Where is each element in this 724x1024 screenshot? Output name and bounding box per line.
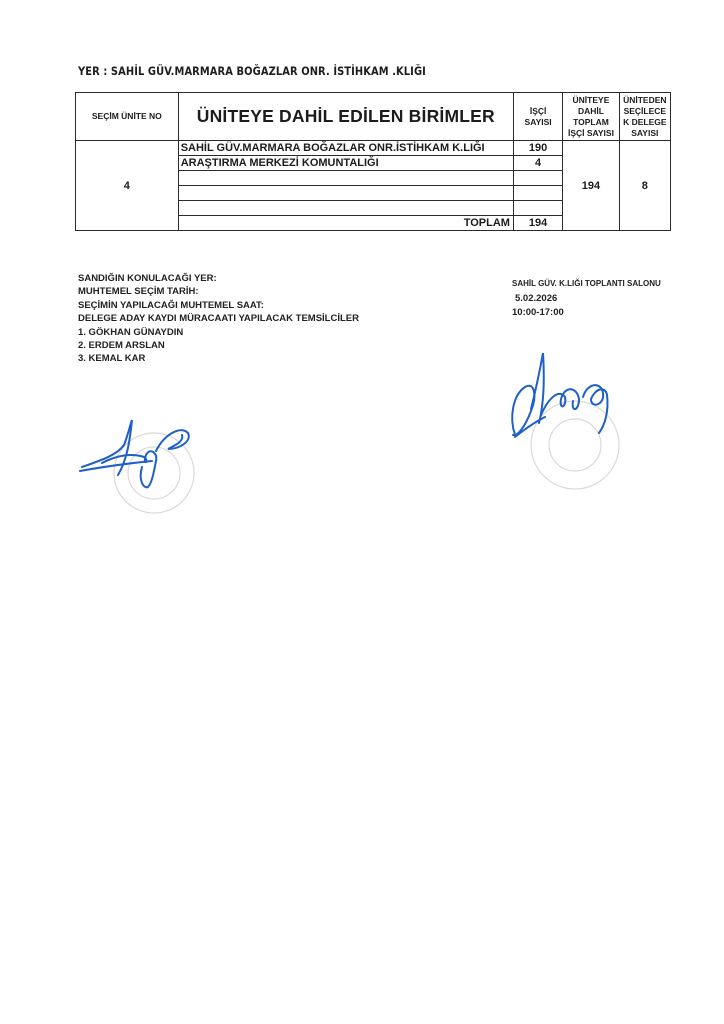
signature-stamp-left — [72, 405, 212, 525]
header-units: ÜNİTEYE DAHİL EDİLEN BİRİMLER — [178, 93, 513, 141]
signature-icon — [80, 420, 189, 487]
signature-stamp-right — [495, 345, 655, 495]
representatives-label: DELEGE ADAY KAYDI MÜRACAATI YAPILACAK TE… — [78, 312, 359, 325]
total-label: TOPLAM — [178, 216, 513, 231]
unit-total-workers: 194 — [563, 141, 619, 231]
election-time-label: SEÇİMİN YAPILACAĞI MUHTEMEL SAAT: — [78, 299, 359, 312]
total-value: 194 — [513, 216, 562, 231]
header-line: SAYISI — [514, 117, 562, 128]
representative-2: 2. ERDEM ARSLAN — [78, 339, 359, 352]
representative-1: 1. GÖKHAN GÜNAYDIN — [78, 326, 359, 339]
header-line: ÜNİTEDEN — [620, 95, 670, 106]
unit-count — [513, 201, 562, 216]
unit-name — [178, 171, 513, 186]
delegate-count: 8 — [619, 141, 670, 231]
header-total-workers: ÜNİTEYE DAHİL TOPLAM İŞÇİ SAYISI — [563, 93, 619, 141]
unit-count: 4 — [513, 156, 562, 171]
header-delegates: ÜNİTEDEN SEÇİLECE K DELEGE SAYISI — [619, 93, 670, 141]
election-time-value: 10:00-17:00 — [512, 307, 661, 321]
election-info-values: SAHİL GÜV. K.LIĞI TOPLANTI SALONU 5.02.2… — [512, 279, 661, 321]
unit-name: ARAŞTIRMA MERKEZİ KOMUNTALIĞI — [178, 156, 513, 171]
table-header-row: SEÇİM ÜNİTE NO ÜNİTEYE DAHİL EDİLEN BİRİ… — [76, 93, 671, 141]
header-line: DAHİL — [563, 106, 618, 117]
table-row: 4 SAHİL GÜV.MARMARA BOĞAZLAR ONR.İSTİHKA… — [76, 141, 671, 156]
unit-name — [178, 186, 513, 201]
location-header: YER : SAHİL GÜV.MARMARA BOĞAZLAR ONR. İS… — [78, 64, 426, 78]
ballot-place-value: SAHİL GÜV. K.LIĞI TOPLANTI SALONU — [512, 279, 661, 293]
representative-3: 3. KEMAL KAR — [78, 352, 359, 365]
header-line: SAYISI — [620, 128, 670, 139]
header-unit-no: SEÇİM ÜNİTE NO — [76, 93, 179, 141]
unit-name: SAHİL GÜV.MARMARA BOĞAZLAR ONR.İSTİHKAM … — [178, 141, 513, 156]
header-line: K DELEGE — [620, 117, 670, 128]
election-date-value: 5.02.2026 — [512, 293, 661, 307]
header-line: TOPLAM — [563, 117, 618, 128]
unit-count — [513, 171, 562, 186]
unit-number: 4 — [76, 141, 179, 231]
unit-count — [513, 186, 562, 201]
header-line: ÜNİTEYE — [563, 95, 618, 106]
header-line: SEÇİLECE — [620, 106, 670, 117]
header-worker-count: İŞÇİ SAYISI — [513, 93, 562, 141]
unit-name — [178, 201, 513, 216]
unit-count: 190 — [513, 141, 562, 156]
election-date-label: MUHTEMEL SEÇİM TARİH: — [78, 285, 359, 298]
header-line: İŞÇİ SAYISI — [563, 128, 618, 139]
election-unit-table: SEÇİM ÜNİTE NO ÜNİTEYE DAHİL EDİLEN BİRİ… — [75, 92, 671, 231]
ballot-place-label: SANDIĞIN KONULACAĞI YER: — [78, 272, 359, 285]
header-line: İŞÇİ — [514, 106, 562, 117]
election-info-labels: SANDIĞIN KONULACAĞI YER: MUHTEMEL SEÇİM … — [78, 272, 359, 366]
